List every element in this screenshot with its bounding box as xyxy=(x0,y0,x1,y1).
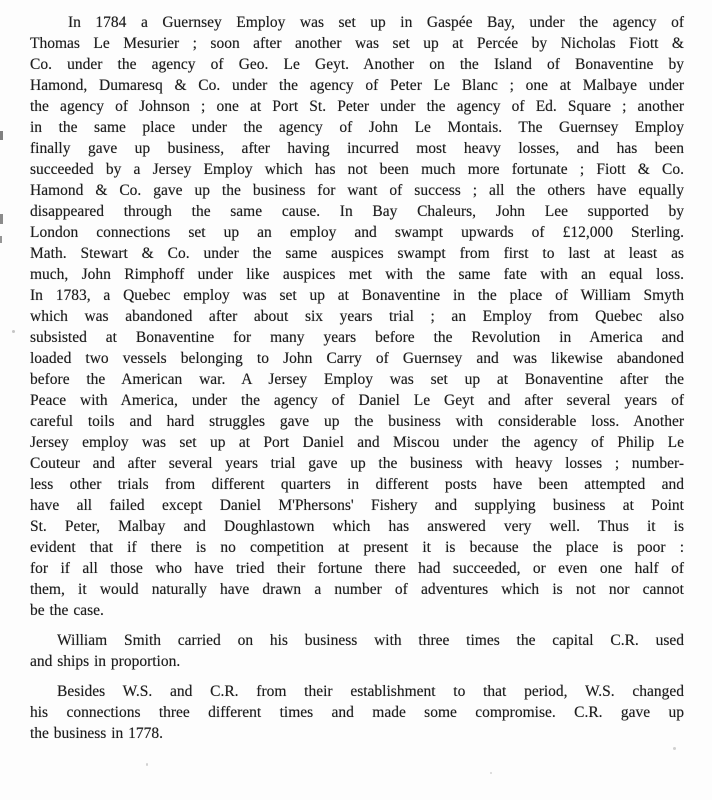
scan-speck xyxy=(12,330,15,333)
scan-speck xyxy=(490,772,492,774)
text-line: them, it would naturally have drawn a nu… xyxy=(30,579,684,600)
text-line: In 1784 a Guernsey Employ was set up in … xyxy=(30,12,684,33)
text-line: in the same place under the agency of Jo… xyxy=(30,117,684,138)
text-line: subsisted at Bonaventine for many years … xyxy=(30,327,684,348)
text-line: much, John Rimphoff under like auspices … xyxy=(30,264,684,285)
text-line: finally gave up business, after having i… xyxy=(30,138,684,159)
text-line: St. Peter, Malbay and Doughlastown which… xyxy=(30,516,684,537)
text-line: Hamond, Dumaresq & Co. under the agency … xyxy=(30,75,684,96)
scan-edge-mark xyxy=(0,131,3,140)
text-line: the agency of Johnson ; one at Port St. … xyxy=(30,96,684,117)
text-line: William Smith carried on his business wi… xyxy=(30,630,684,651)
text-line: his connections three different times an… xyxy=(30,702,684,723)
text-line: Besides W.S. and C.R. from their establi… xyxy=(30,681,684,702)
page-text: In 1784 a Guernsey Employ was set up in … xyxy=(30,12,684,744)
scan-edge-mark xyxy=(0,214,3,224)
paragraph: William Smith carried on his business wi… xyxy=(30,630,684,672)
text-line: less other trials from different quarter… xyxy=(30,474,684,495)
text-line: Math. Stewart & Co. under the same auspi… xyxy=(30,243,684,264)
text-line: evident that if there is no competition … xyxy=(30,537,684,558)
scan-speck xyxy=(673,747,676,750)
text-line: Thomas Le Mesurier ; soon after another … xyxy=(30,33,684,54)
text-line: London connections set up an employ and … xyxy=(30,222,684,243)
text-line: the business in 1778. xyxy=(30,723,684,744)
text-line: Co. under the agency of Geo. Le Geyt. An… xyxy=(30,54,684,75)
text-line: before the American war. A Jersey Employ… xyxy=(30,369,684,390)
text-line: be the case. xyxy=(30,600,684,621)
paragraph: Besides W.S. and C.R. from their establi… xyxy=(30,681,684,744)
text-line: In 1783, a Quebec employ was set up at B… xyxy=(30,285,684,306)
text-line: and ships in proportion. xyxy=(30,651,684,672)
text-line: loaded two vessels belonging to John Car… xyxy=(30,348,684,369)
text-line: succeeded by a Jersey Employ which has n… xyxy=(30,159,684,180)
text-line: for if all those who have tried their fo… xyxy=(30,558,684,579)
text-line: have all failed except Daniel M'Phersons… xyxy=(30,495,684,516)
text-line: disappeared through the same cause. In B… xyxy=(30,201,684,222)
text-line: Peace with America, under the agency of … xyxy=(30,390,684,411)
text-line: Hamond & Co. gave up the business for wa… xyxy=(30,180,684,201)
scan-speck xyxy=(146,763,148,766)
text-line: Jersey employ was set up at Port Daniel … xyxy=(30,432,684,453)
text-line: which was abandoned after about six year… xyxy=(30,306,684,327)
scan-edge-mark xyxy=(0,236,2,243)
paragraph: In 1784 a Guernsey Employ was set up in … xyxy=(30,12,684,621)
text-line: careful toils and hard struggles gave up… xyxy=(30,411,684,432)
document-page: In 1784 a Guernsey Employ was set up in … xyxy=(0,0,712,800)
text-line: Couteur and after several years trial ga… xyxy=(30,453,684,474)
